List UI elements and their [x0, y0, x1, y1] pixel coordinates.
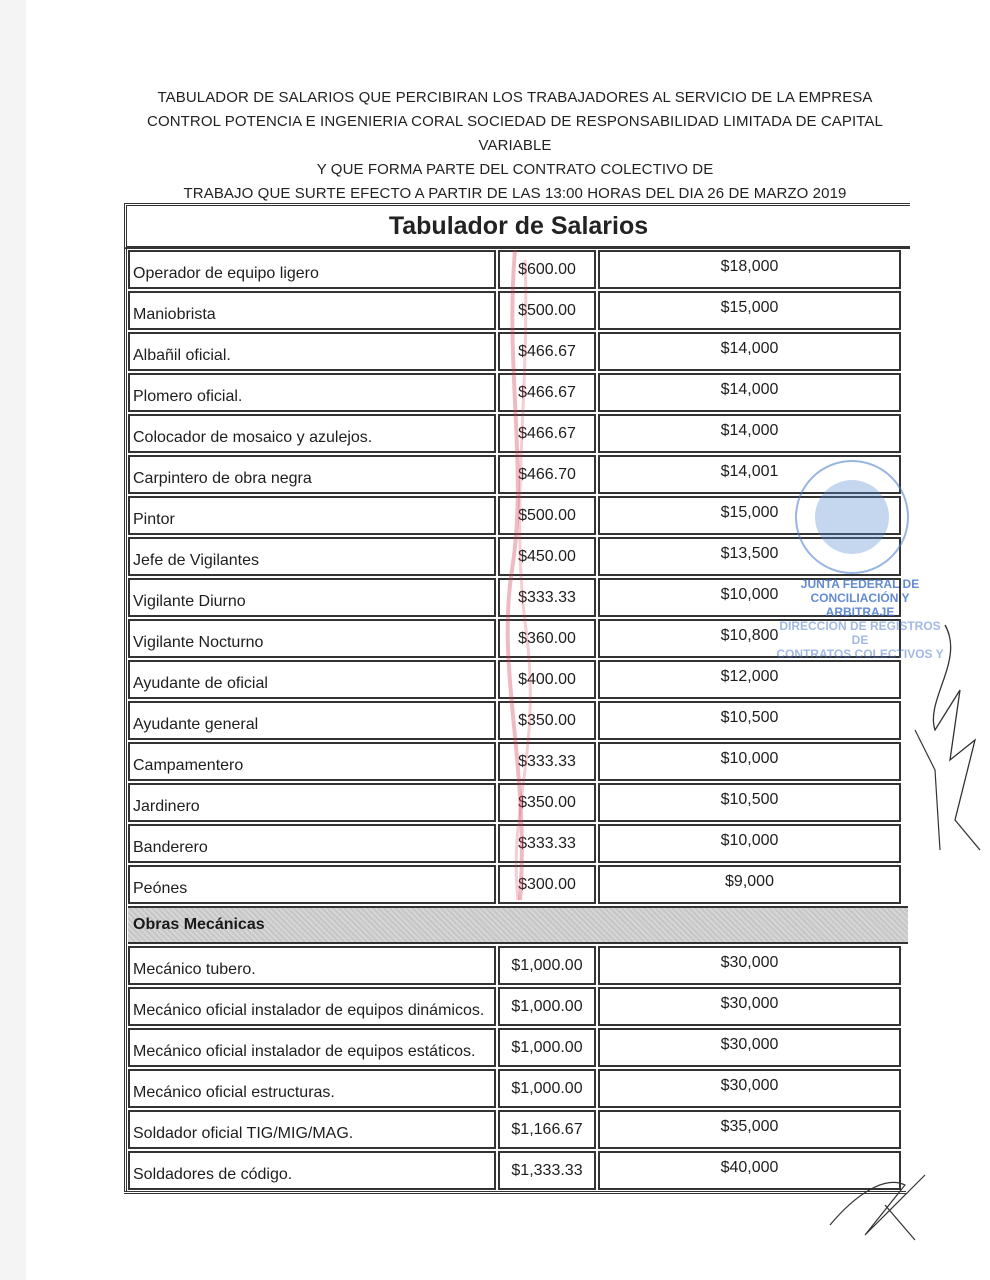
job-title-cell: Ayudante general	[128, 701, 496, 740]
daily-wage-cell: $450.00	[498, 537, 596, 576]
daily-wage-cell: $600.00	[498, 250, 596, 289]
job-title-cell: Operador de equipo ligero	[128, 250, 496, 289]
salary-table: Tabulador de Salarios Operador de equipo…	[124, 203, 910, 1197]
seal-line: CONCILIACIÓN Y ARBITRAJE	[775, 591, 945, 619]
table-row: Albañil oficial.$466.67$14,000	[127, 331, 910, 372]
job-title-cell: Mecánico oficial instalador de equipos e…	[128, 1028, 496, 1067]
job-title-cell: Plomero oficial.	[128, 373, 496, 412]
monthly-wage-cell: $30,000	[598, 1069, 901, 1108]
table-row: Soldadores de código.$1,333.33$40,000	[127, 1150, 910, 1191]
daily-wage-cell: $1,166.67	[498, 1110, 596, 1149]
daily-wage-cell: $466.67	[498, 414, 596, 453]
monthly-wage-cell: $18,000	[598, 250, 901, 289]
monthly-wage-cell: $10,000	[598, 824, 901, 863]
monthly-wage-cell: $10,500	[598, 701, 901, 740]
table-row: Colocador de mosaico y azulejos.$466.67$…	[127, 413, 910, 454]
daily-wage-cell: $333.33	[498, 824, 596, 863]
table-row: Mecánico oficial estructuras.$1,000.00$3…	[127, 1068, 910, 1109]
job-title-cell: Campamentero	[128, 742, 496, 781]
daily-wage-cell: $360.00	[498, 619, 596, 658]
daily-wage-cell: $500.00	[498, 291, 596, 330]
job-title-cell: Colocador de mosaico y azulejos.	[128, 414, 496, 453]
table-row: Mecánico tubero.$1,000.00$30,000	[127, 945, 910, 986]
document-header: TABULADOR DE SALARIOS QUE PERCIBIRAN LOS…	[120, 86, 910, 206]
job-title-cell: Pintor	[128, 496, 496, 535]
daily-wage-cell: $466.70	[498, 455, 596, 494]
table-row: Mecánico oficial instalador de equipos d…	[127, 986, 910, 1027]
monthly-wage-cell: $9,000	[598, 865, 901, 904]
job-title-cell: Mecánico oficial estructuras.	[128, 1069, 496, 1108]
job-title-cell: Jardinero	[128, 783, 496, 822]
daily-wage-cell: $350.00	[498, 701, 596, 740]
monthly-wage-cell: $30,000	[598, 1028, 901, 1067]
scan-edge	[0, 0, 26, 1280]
table-row: Plomero oficial.$466.67$14,000	[127, 372, 910, 413]
header-line: TABULADOR DE SALARIOS QUE PERCIBIRAN LOS…	[120, 86, 910, 110]
table-row: Ayudante general$350.00$10,500	[127, 700, 910, 741]
daily-wage-cell: $1,000.00	[498, 1069, 596, 1108]
job-title-cell: Mecánico tubero.	[128, 946, 496, 985]
header-line: CONTROL POTENCIA E INGENIERIA CORAL SOCI…	[120, 110, 910, 158]
daily-wage-cell: $466.67	[498, 332, 596, 371]
daily-wage-cell: $400.00	[498, 660, 596, 699]
job-title-cell: Jefe de Vigilantes	[128, 537, 496, 576]
table-row: Jardinero$350.00$10,500	[127, 782, 910, 823]
header-line: Y QUE FORMA PARTE DEL CONTRATO COLECTIVO…	[120, 158, 910, 182]
daily-wage-cell: $333.33	[498, 578, 596, 617]
daily-wage-cell: $350.00	[498, 783, 596, 822]
table-row: Ayudante de oficial$400.00$12,000	[127, 659, 910, 700]
signature-mark	[905, 620, 985, 860]
official-seal	[795, 460, 909, 574]
daily-wage-cell: $300.00	[498, 865, 596, 904]
daily-wage-cell: $466.67	[498, 373, 596, 412]
job-title-cell: Mecánico oficial instalador de equipos d…	[128, 987, 496, 1026]
job-title-cell: Peónes	[128, 865, 496, 904]
seal-emblem-icon	[815, 480, 889, 554]
monthly-wage-cell: $10,000	[598, 742, 901, 781]
monthly-wage-cell: $30,000	[598, 987, 901, 1026]
table-row: Campamentero$333.33$10,000	[127, 741, 910, 782]
table-row: Carpintero de obra negra$466.70$14,001	[127, 454, 910, 495]
table-row: Maniobrista$500.00$15,000	[127, 290, 910, 331]
table-body: Operador de equipo ligero$600.00$18,000M…	[124, 249, 910, 1191]
daily-wage-cell: $333.33	[498, 742, 596, 781]
table-row: Peónes$300.00$9,000	[127, 864, 910, 905]
job-title-cell: Soldador oficial TIG/MIG/MAG.	[128, 1110, 496, 1149]
job-title-cell: Vigilante Diurno	[128, 578, 496, 617]
table-bottom-border	[124, 1191, 906, 1197]
job-title-cell: Albañil oficial.	[128, 332, 496, 371]
table-row: Operador de equipo ligero$600.00$18,000	[127, 249, 910, 290]
monthly-wage-cell: $12,000	[598, 660, 901, 699]
daily-wage-cell: $1,000.00	[498, 987, 596, 1026]
table-row: Pintor$500.00$15,000	[127, 495, 910, 536]
monthly-wage-cell: $14,000	[598, 373, 901, 412]
signature-initials	[825, 1165, 945, 1245]
section-header: Obras Mecánicas	[128, 906, 908, 944]
daily-wage-cell: $1,000.00	[498, 946, 596, 985]
table-row: Banderero$333.33$10,000	[127, 823, 910, 864]
monthly-wage-cell: $14,000	[598, 332, 901, 371]
seal-line: JUNTA FEDERAL DE	[775, 577, 945, 591]
daily-wage-cell: $1,000.00	[498, 1028, 596, 1067]
monthly-wage-cell: $14,000	[598, 414, 901, 453]
daily-wage-cell: $1,333.33	[498, 1151, 596, 1190]
job-title-cell: Banderero	[128, 824, 496, 863]
job-title-cell: Carpintero de obra negra	[128, 455, 496, 494]
monthly-wage-cell: $35,000	[598, 1110, 901, 1149]
table-title: Tabulador de Salarios	[124, 203, 910, 249]
table-row: Jefe de Vigilantes$450.00$13,500	[127, 536, 910, 577]
monthly-wage-cell: $15,000	[598, 291, 901, 330]
monthly-wage-cell: $10,500	[598, 783, 901, 822]
job-title-cell: Ayudante de oficial	[128, 660, 496, 699]
monthly-wage-cell: $30,000	[598, 946, 901, 985]
daily-wage-cell: $500.00	[498, 496, 596, 535]
table-row: Soldador oficial TIG/MIG/MAG.$1,166.67$3…	[127, 1109, 910, 1150]
job-title-cell: Soldadores de código.	[128, 1151, 496, 1190]
table-row: Mecánico oficial instalador de equipos e…	[127, 1027, 910, 1068]
job-title-cell: Maniobrista	[128, 291, 496, 330]
job-title-cell: Vigilante Nocturno	[128, 619, 496, 658]
